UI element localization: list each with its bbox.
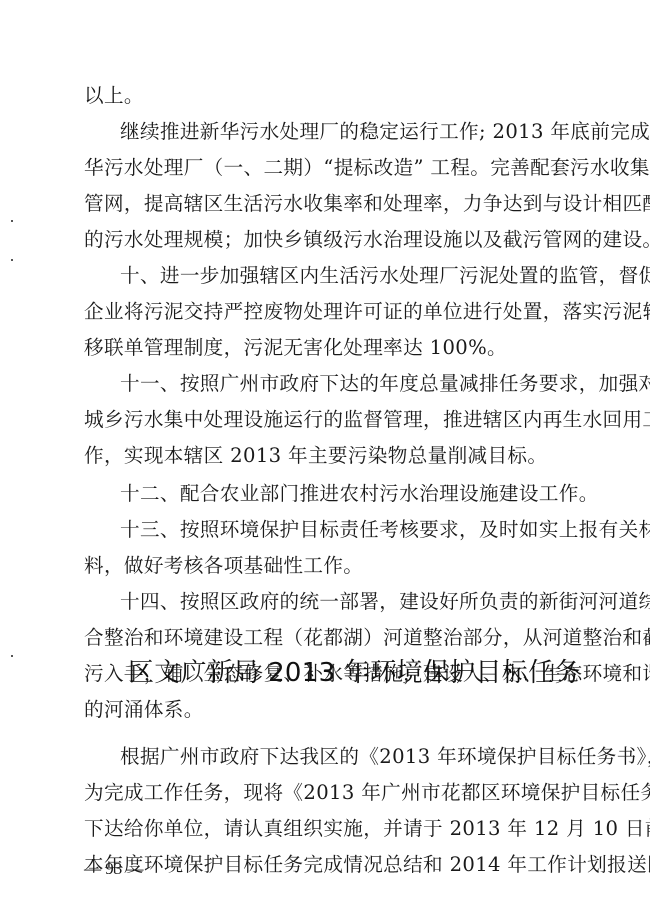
document-page: 以上。 继续推进新华污水处理厂的稳定运行工作; 2013 年底前完成新 华污水处… [0,0,650,920]
body-line: 十三、按照环境保护目标责任考核要求，及时如实上报有关材 [120,518,620,542]
margin-mark [11,259,13,261]
body-line: 移联单管理制度，污泥无害化处理率达 100%。 [84,336,584,360]
body-line: 十、进一步加强辖区内生活污水处理厂污泥处置的监管，督促 [120,264,620,288]
body-line: 企业将污泥交持严控废物处理许可证的单位进行处置，落实污泥转 [84,300,584,324]
body-line: 十二、配合农业部门推进农村污水治理设施建设工作。 [120,482,620,506]
section-heading: 区文广新局 2013 年环境保护目标任务 [128,656,581,690]
body-line: 管网，提高辖区生活污水收集率和处理率，力争达到与设计相匹配 [84,192,584,216]
body-line: 合整治和环境建设工程（花都湖）河道整治部分，从河道整治和截 [84,626,584,650]
body-line: 城乡污水集中处理设施运行的监督管理，推进辖区内再生水回用工 [84,408,584,432]
page-number: — 93 — [84,858,144,880]
body-line: 本年度环境保护目标任务完成情况总结和 2014 年工作计划报送区 [84,853,584,877]
body-line: 的河涌体系。 [84,698,584,722]
body-line: 下达给你单位，请认真组织实施，并请于 2013 年 12 月 10 日前将 [84,817,584,841]
body-line: 作，实现本辖区 2013 年主要污染物总量削减目标。 [84,444,584,468]
body-line: 华污水处理厂（一、二期）“提标改造” 工程。完善配套污水收集 [84,156,584,180]
body-line: 继续推进新华污水处理厂的稳定运行工作; 2013 年底前完成新 [120,120,620,144]
body-line: 十一、按照广州市政府下达的年度总量减排任务要求，加强对 [120,372,620,396]
body-line: 为完成工作任务，现将《2013 年广州市花都区环境保护目标任务书》 [84,781,584,805]
body-line: 以上。 [84,84,584,108]
margin-mark [11,655,13,657]
margin-mark [11,220,13,222]
body-line: 的污水处理规模；加快乡镇级污水治理设施以及截污管网的建设。 [84,228,584,252]
body-line: 根据广州市政府下达我区的《2013 年环境保护目标任务书》， [120,745,620,769]
body-line: 料，做好考核各项基础性工作。 [84,554,584,578]
body-line: 十四、按照区政府的统一部署，建设好所负责的新街河河道综 [120,590,620,614]
